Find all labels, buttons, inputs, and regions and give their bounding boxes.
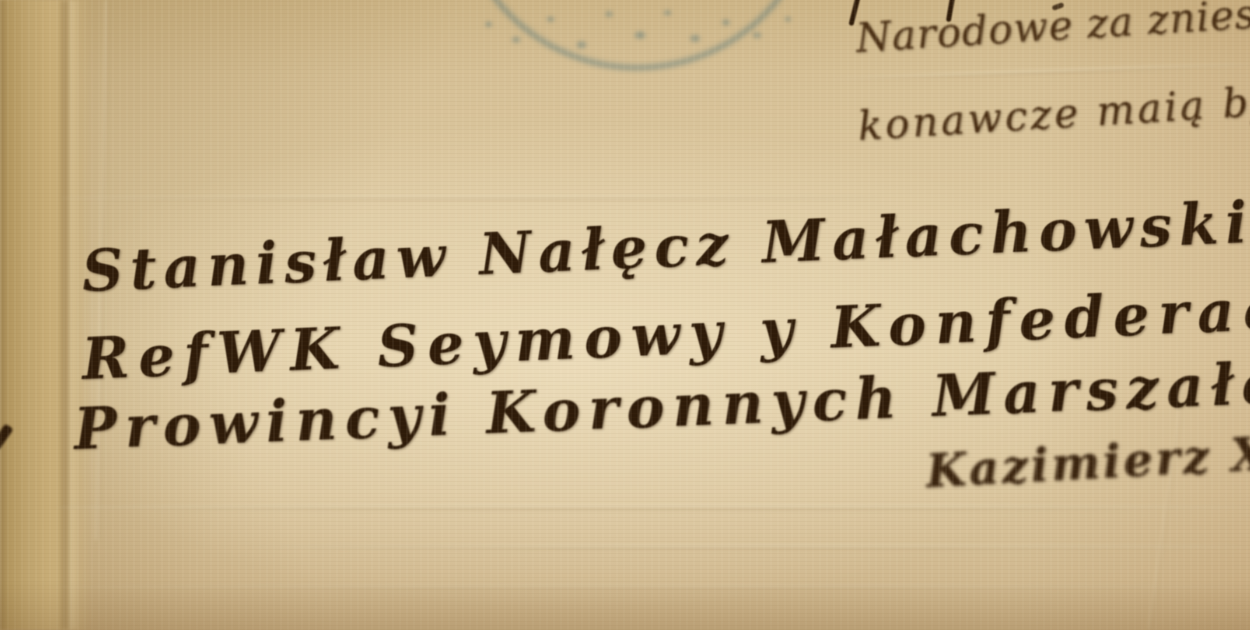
manuscript-photo: Narodowe za zniesie konawcze maią by Sta… xyxy=(0,0,1250,630)
handwritten-line-fragment: konawcze maią by xyxy=(857,78,1250,150)
fold-seam xyxy=(58,0,78,630)
paper-crease xyxy=(830,63,1250,82)
handwritten-line-fragment: Narodowe za zniesie xyxy=(855,0,1250,62)
paper-crease xyxy=(60,196,880,200)
ink-stamp-illegible-text xyxy=(468,0,812,64)
paper-crease xyxy=(250,545,1250,549)
paper-crease xyxy=(55,505,1250,510)
signature-line-second-signer: Kazimierz Xią xyxy=(925,423,1250,498)
paper-crease xyxy=(55,585,1250,589)
page-edge-strip xyxy=(0,0,92,630)
